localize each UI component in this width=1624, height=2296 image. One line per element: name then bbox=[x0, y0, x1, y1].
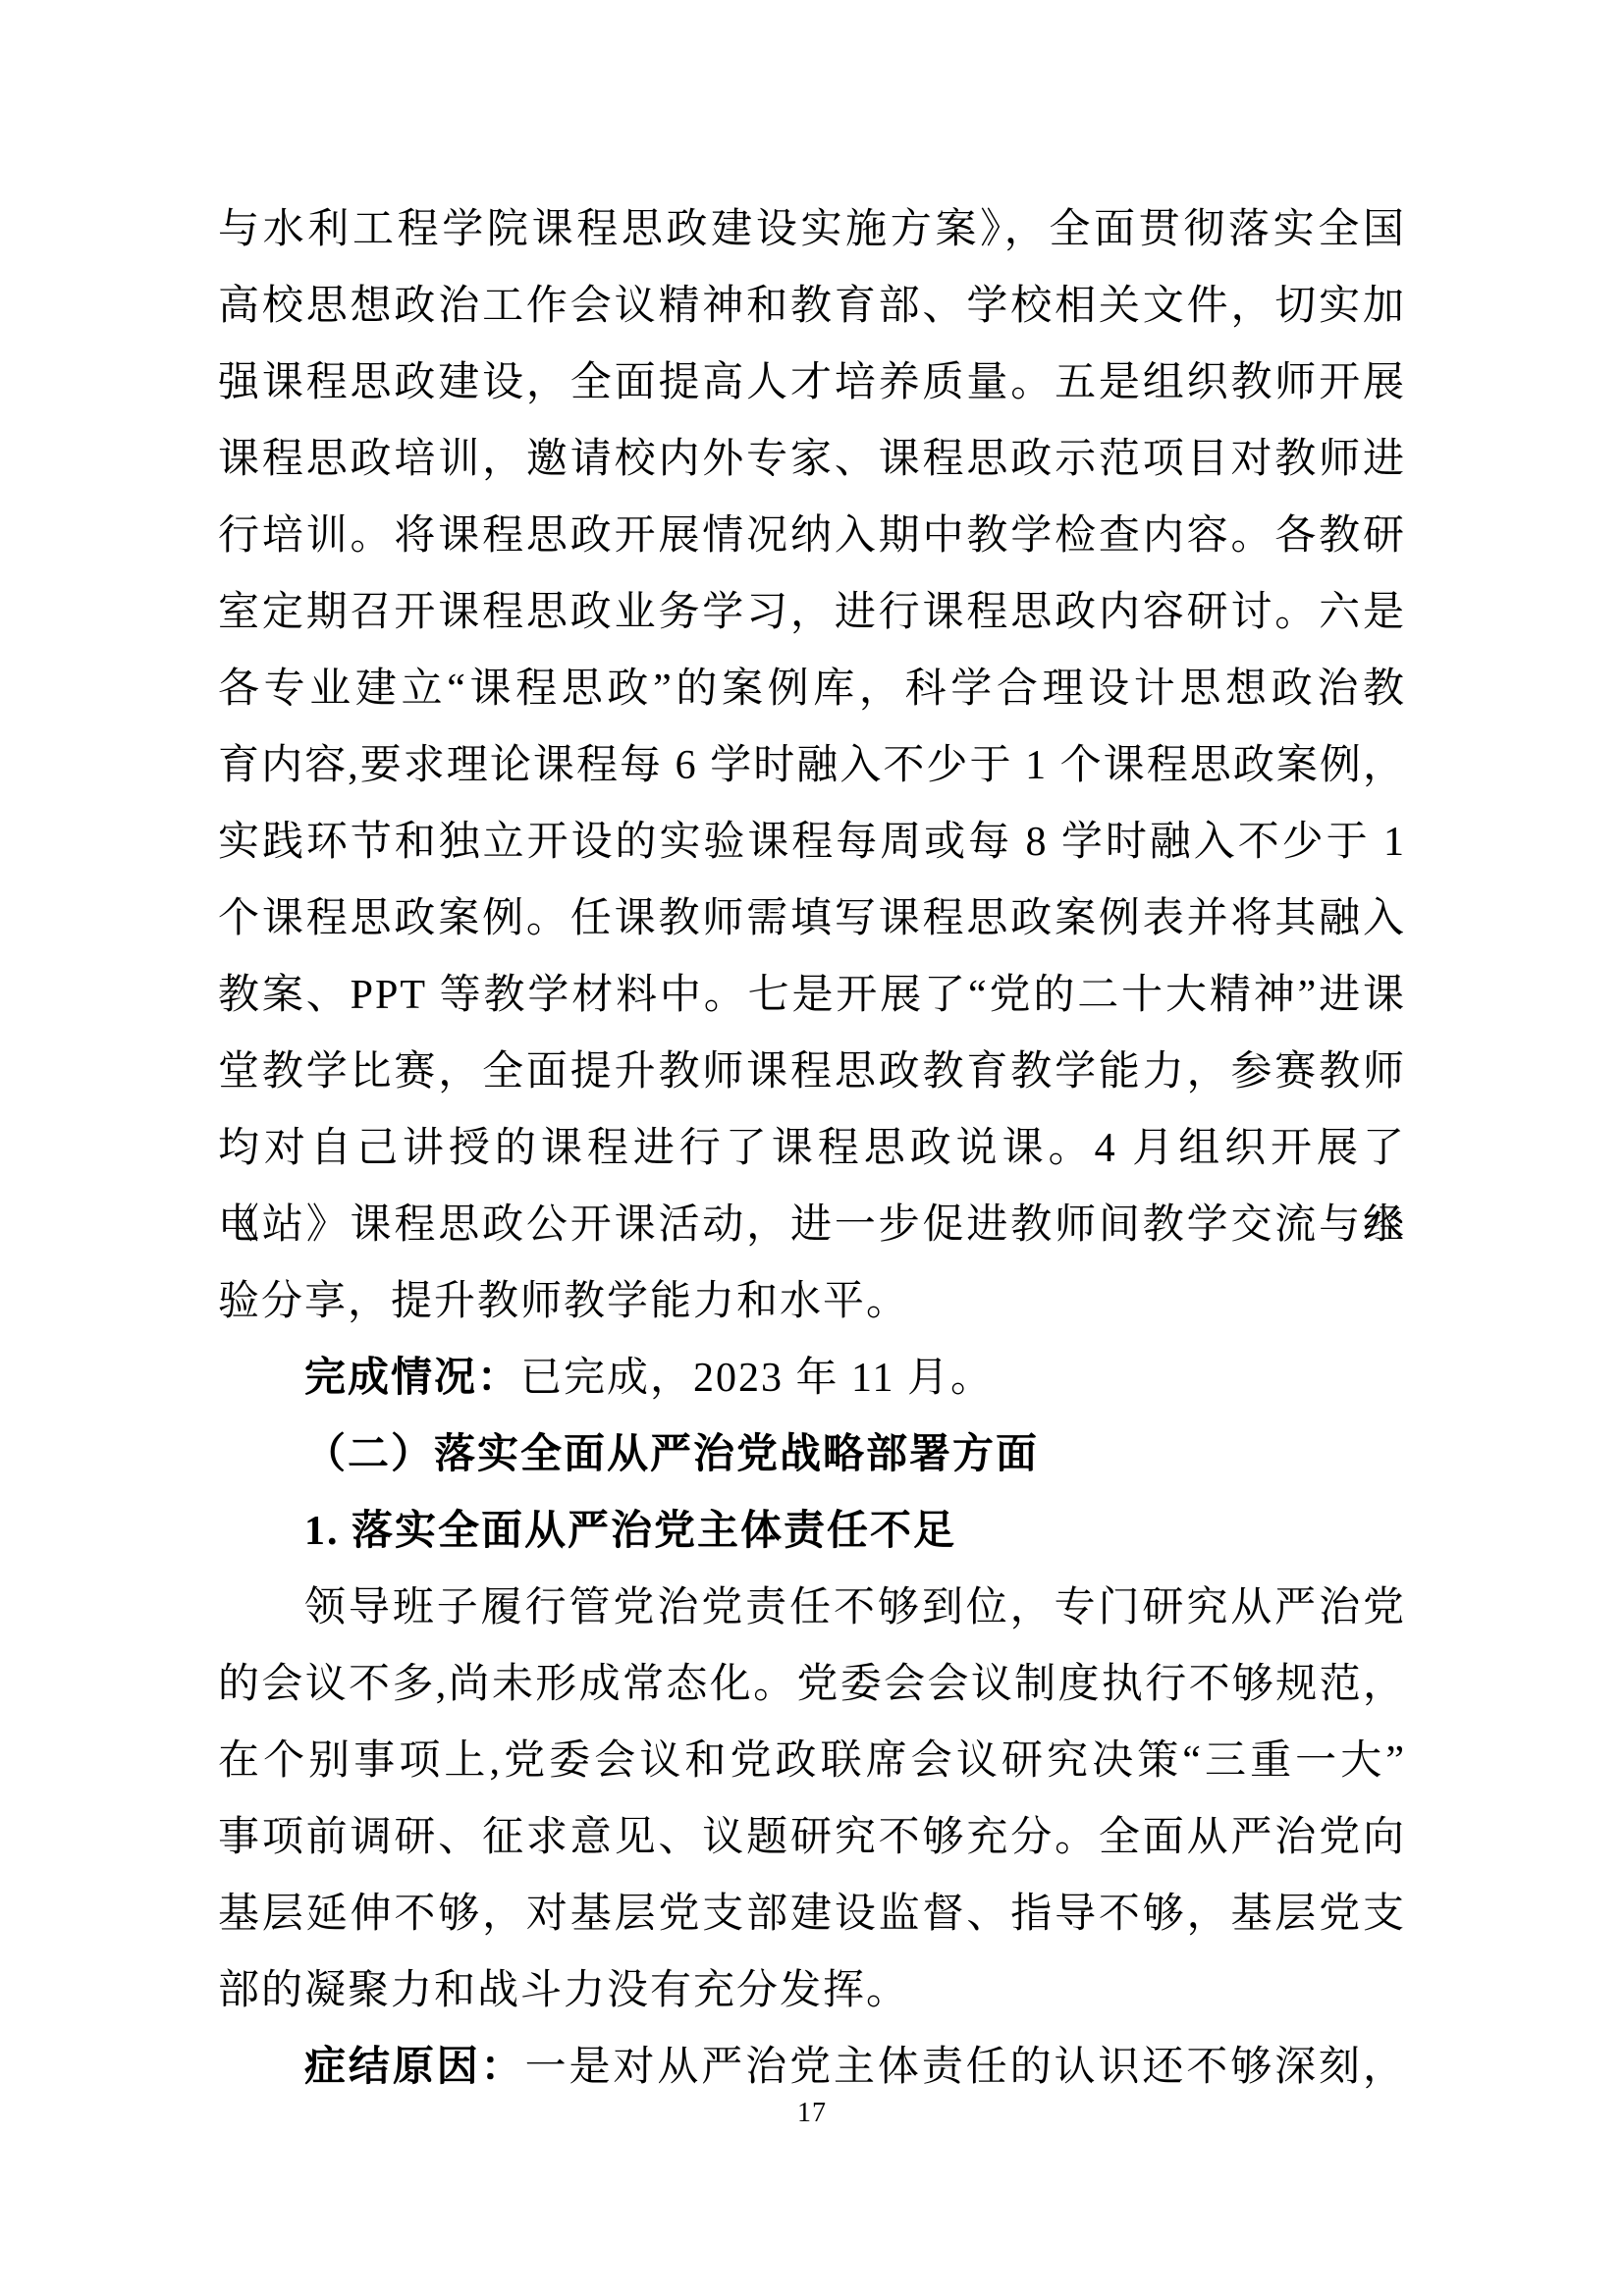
line-text: 强课程思政建设，全面提高人才培养质量。五是组织教师开展 bbox=[218, 360, 1406, 405]
line-bold-lead: 完成情况： bbox=[304, 1356, 520, 1401]
line-text: （二）落实全面从严治党战略部署方面 bbox=[304, 1432, 1039, 1477]
text-line: 在个别事项上,党委会议和党政联席会议研究决策“三重一大” bbox=[218, 1723, 1406, 1799]
text-line: 强课程思政建设，全面提高人才培养质量。五是组织教师开展 bbox=[218, 345, 1406, 421]
text-line: 行培训。将课程思政开展情况纳入期中教学检查内容。各教研 bbox=[218, 498, 1406, 574]
line-text: 育内容,要求理论课程每 6 学时融入不少于 1 个课程思政案例， bbox=[218, 743, 1406, 788]
text-line: 1. 落实全面从严治党主体责任不足 bbox=[218, 1493, 1406, 1570]
text-line: 与水利工程学院课程思政建设实施方案》，全面贯彻落实全国 bbox=[218, 191, 1406, 268]
text-line: 室定期召开课程思政业务学习，进行课程思政内容研讨。六是 bbox=[218, 574, 1406, 651]
line-text: 验分享，提升教师教学能力和水平。 bbox=[218, 1279, 909, 1324]
text-line: 部的凝聚力和战斗力没有充分发挥。 bbox=[218, 1952, 1406, 2029]
line-text: 行培训。将课程思政开展情况纳入期中教学检查内容。各教研 bbox=[218, 513, 1406, 559]
line-text: 堂教学比赛，全面提升教师课程思政教育教学能力，参赛教师 bbox=[218, 1049, 1406, 1095]
line-text: 一是对从严治党主体责任的认识还不够深刻， bbox=[525, 2045, 1406, 2090]
line-text: 高校思想政治工作会议精神和教育部、学校相关文件，切实加 bbox=[218, 284, 1406, 329]
line-text: 实践环节和独立开设的实验课程每周或每 8 学时融入不少于 1 bbox=[218, 820, 1406, 865]
text-line: 基层延伸不够，对基层党支部建设监督、指导不够，基层党支 bbox=[218, 1876, 1406, 1952]
line-text: 课程思政培训，邀请校内外专家、课程思政示范项目对教师进 bbox=[218, 437, 1406, 482]
line-text: 部的凝聚力和战斗力没有充分发挥。 bbox=[218, 1968, 909, 2013]
line-text: 室定期召开课程思政业务学习，进行课程思政内容研讨。六是 bbox=[218, 590, 1406, 635]
text-line: 的会议不多,尚未形成常态化。党委会会议制度执行不够规范， bbox=[218, 1646, 1406, 1723]
text-line: 高校思想政治工作会议精神和教育部、学校相关文件，切实加 bbox=[218, 268, 1406, 345]
text-line: 电站》课程思政公开课活动，进一步促进教师间教学交流与经 bbox=[218, 1187, 1406, 1263]
text-line: 教案、PPT 等教学材料中。七是开展了“党的二十大精神”进课 bbox=[218, 957, 1406, 1034]
document-page: 与水利工程学院课程思政建设实施方案》，全面贯彻落实全国高校思想政治工作会议精神和… bbox=[0, 0, 1624, 2296]
text-line: 均对自己讲授的课程进行了课程思政说课。4 月组织开展了《水 bbox=[218, 1110, 1406, 1187]
text-line: 实践环节和独立开设的实验课程每周或每 8 学时融入不少于 1 bbox=[218, 804, 1406, 881]
line-text: 个课程思政案例。任课教师需填写课程思政案例表并将其融入 bbox=[218, 896, 1406, 941]
line-text: 的会议不多,尚未形成常态化。党委会会议制度执行不够规范， bbox=[218, 1662, 1406, 1707]
text-line: 育内容,要求理论课程每 6 学时融入不少于 1 个课程思政案例， bbox=[218, 727, 1406, 804]
text-line: 领导班子履行管党治党责任不够到位，专门研究从严治党 bbox=[218, 1570, 1406, 1646]
line-bold-lead: 症结原因： bbox=[304, 2045, 525, 2090]
document-body: 与水利工程学院课程思政建设实施方案》，全面贯彻落实全国高校思想政治工作会议精神和… bbox=[218, 191, 1406, 2106]
line-text: 教案、PPT 等教学材料中。七是开展了“党的二十大精神”进课 bbox=[218, 973, 1406, 1018]
text-line: 课程思政培训，邀请校内外专家、课程思政示范项目对教师进 bbox=[218, 421, 1406, 498]
line-text: 已完成，2023 年 11 月。 bbox=[520, 1356, 994, 1401]
text-line: 堂教学比赛，全面提升教师课程思政教育教学能力，参赛教师 bbox=[218, 1034, 1406, 1110]
line-text: 事项前调研、征求意见、议题研究不够充分。全面从严治党向 bbox=[218, 1815, 1406, 1860]
text-line: 事项前调研、征求意见、议题研究不够充分。全面从严治党向 bbox=[218, 1799, 1406, 1876]
text-line: （二）落实全面从严治党战略部署方面 bbox=[218, 1416, 1406, 1493]
line-text: 在个别事项上,党委会议和党政联席会议研究决策“三重一大” bbox=[218, 1738, 1406, 1784]
line-text: 领导班子履行管党治党责任不够到位，专门研究从严治党 bbox=[304, 1585, 1406, 1630]
page-number: 17 bbox=[0, 2099, 1624, 2128]
text-line: 完成情况：已完成，2023 年 11 月。 bbox=[218, 1340, 1406, 1416]
line-text: 电站》课程思政公开课活动，进一步促进教师间教学交流与经 bbox=[218, 1202, 1406, 1248]
line-text: 1. 落实全面从严治党主体责任不足 bbox=[304, 1509, 956, 1554]
text-line: 症结原因：一是对从严治党主体责任的认识还不够深刻， bbox=[218, 2029, 1406, 2106]
line-text: 各专业建立“课程思政”的案例库，科学合理设计思想政治教 bbox=[218, 667, 1406, 712]
line-text: 与水利工程学院课程思政建设实施方案》，全面贯彻落实全国 bbox=[218, 207, 1406, 252]
text-line: 个课程思政案例。任课教师需填写课程思政案例表并将其融入 bbox=[218, 881, 1406, 957]
text-line: 验分享，提升教师教学能力和水平。 bbox=[218, 1263, 1406, 1340]
line-text: 基层延伸不够，对基层党支部建设监督、指导不够，基层党支 bbox=[218, 1892, 1406, 1937]
text-line: 各专业建立“课程思政”的案例库，科学合理设计思想政治教 bbox=[218, 651, 1406, 727]
